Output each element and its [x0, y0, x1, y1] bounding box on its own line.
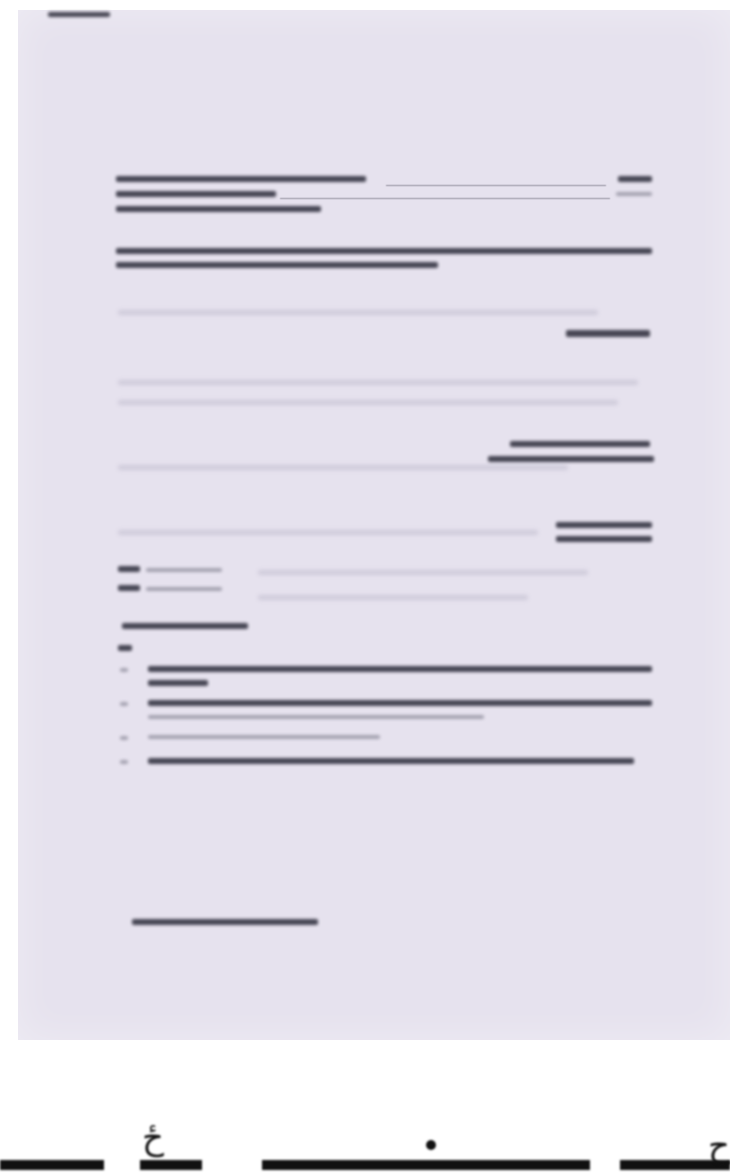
- list-item-4-text: [illegible]: [148, 758, 187, 769]
- glyph-dot: [426, 1140, 436, 1150]
- footer-note-text: [illegible]: [132, 919, 171, 930]
- glyph-stroke: [262, 1160, 590, 1170]
- glyph-stroke: [0, 1160, 104, 1170]
- signature-line-2: [illegible]: [488, 456, 527, 467]
- copy-to-subheading-text: [illegible]: [118, 645, 157, 656]
- list-item-2-text: [illegible]: [148, 700, 187, 711]
- designation-line-1: [illegible]: [556, 522, 595, 533]
- list-item-3-text: [illegible]: [148, 735, 187, 746]
- scanned-document-page: [illegible] [illegible] [illegible] [ill…: [18, 10, 730, 1040]
- glyph-stroke: [140, 1160, 202, 1170]
- glyph-fragment: ځ: [142, 1122, 164, 1156]
- signature-line-1: [illegible]: [510, 441, 549, 452]
- list-item-1-text: [illegible]: [148, 666, 187, 677]
- closing: [illegible]: [566, 330, 605, 341]
- paragraph-2-line-2: [illegible]: [116, 262, 155, 273]
- paragraph-1-line-1: [illegible]: [116, 176, 155, 187]
- designation-line-2: [illegible]: [556, 536, 595, 547]
- paragraph-1-line-2: [illegible]: [116, 191, 155, 202]
- paragraph-1-line-3: [illegible]: [116, 206, 155, 217]
- copy-to-heading-text: [illegible]: [122, 623, 161, 634]
- reference-2-value: [illegible]: [146, 585, 185, 596]
- next-page-fragment: ځ ح: [0, 1040, 730, 1173]
- corner-label-text: [illegible]: [48, 10, 87, 21]
- glyph-fragment: ح: [708, 1130, 730, 1164]
- paragraph-2-line-1: [illegible]: [116, 248, 155, 259]
- reference-1-value: [illegible]: [146, 566, 185, 577]
